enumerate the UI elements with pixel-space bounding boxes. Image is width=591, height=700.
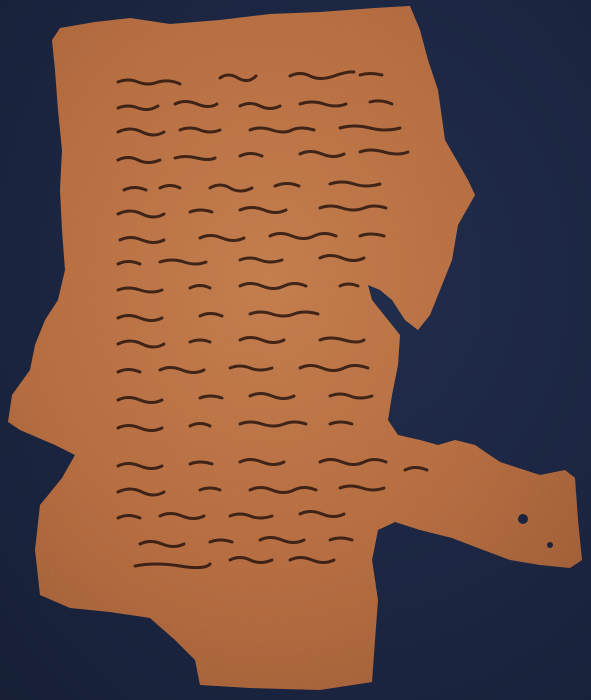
- worm-hole: [518, 514, 528, 524]
- worm-hole: [547, 542, 553, 548]
- parchment-shape: [8, 6, 582, 690]
- parchment-fragment: [0, 0, 591, 700]
- manuscript-photo: Ancient manuscript fragment with Syriac …: [0, 0, 591, 700]
